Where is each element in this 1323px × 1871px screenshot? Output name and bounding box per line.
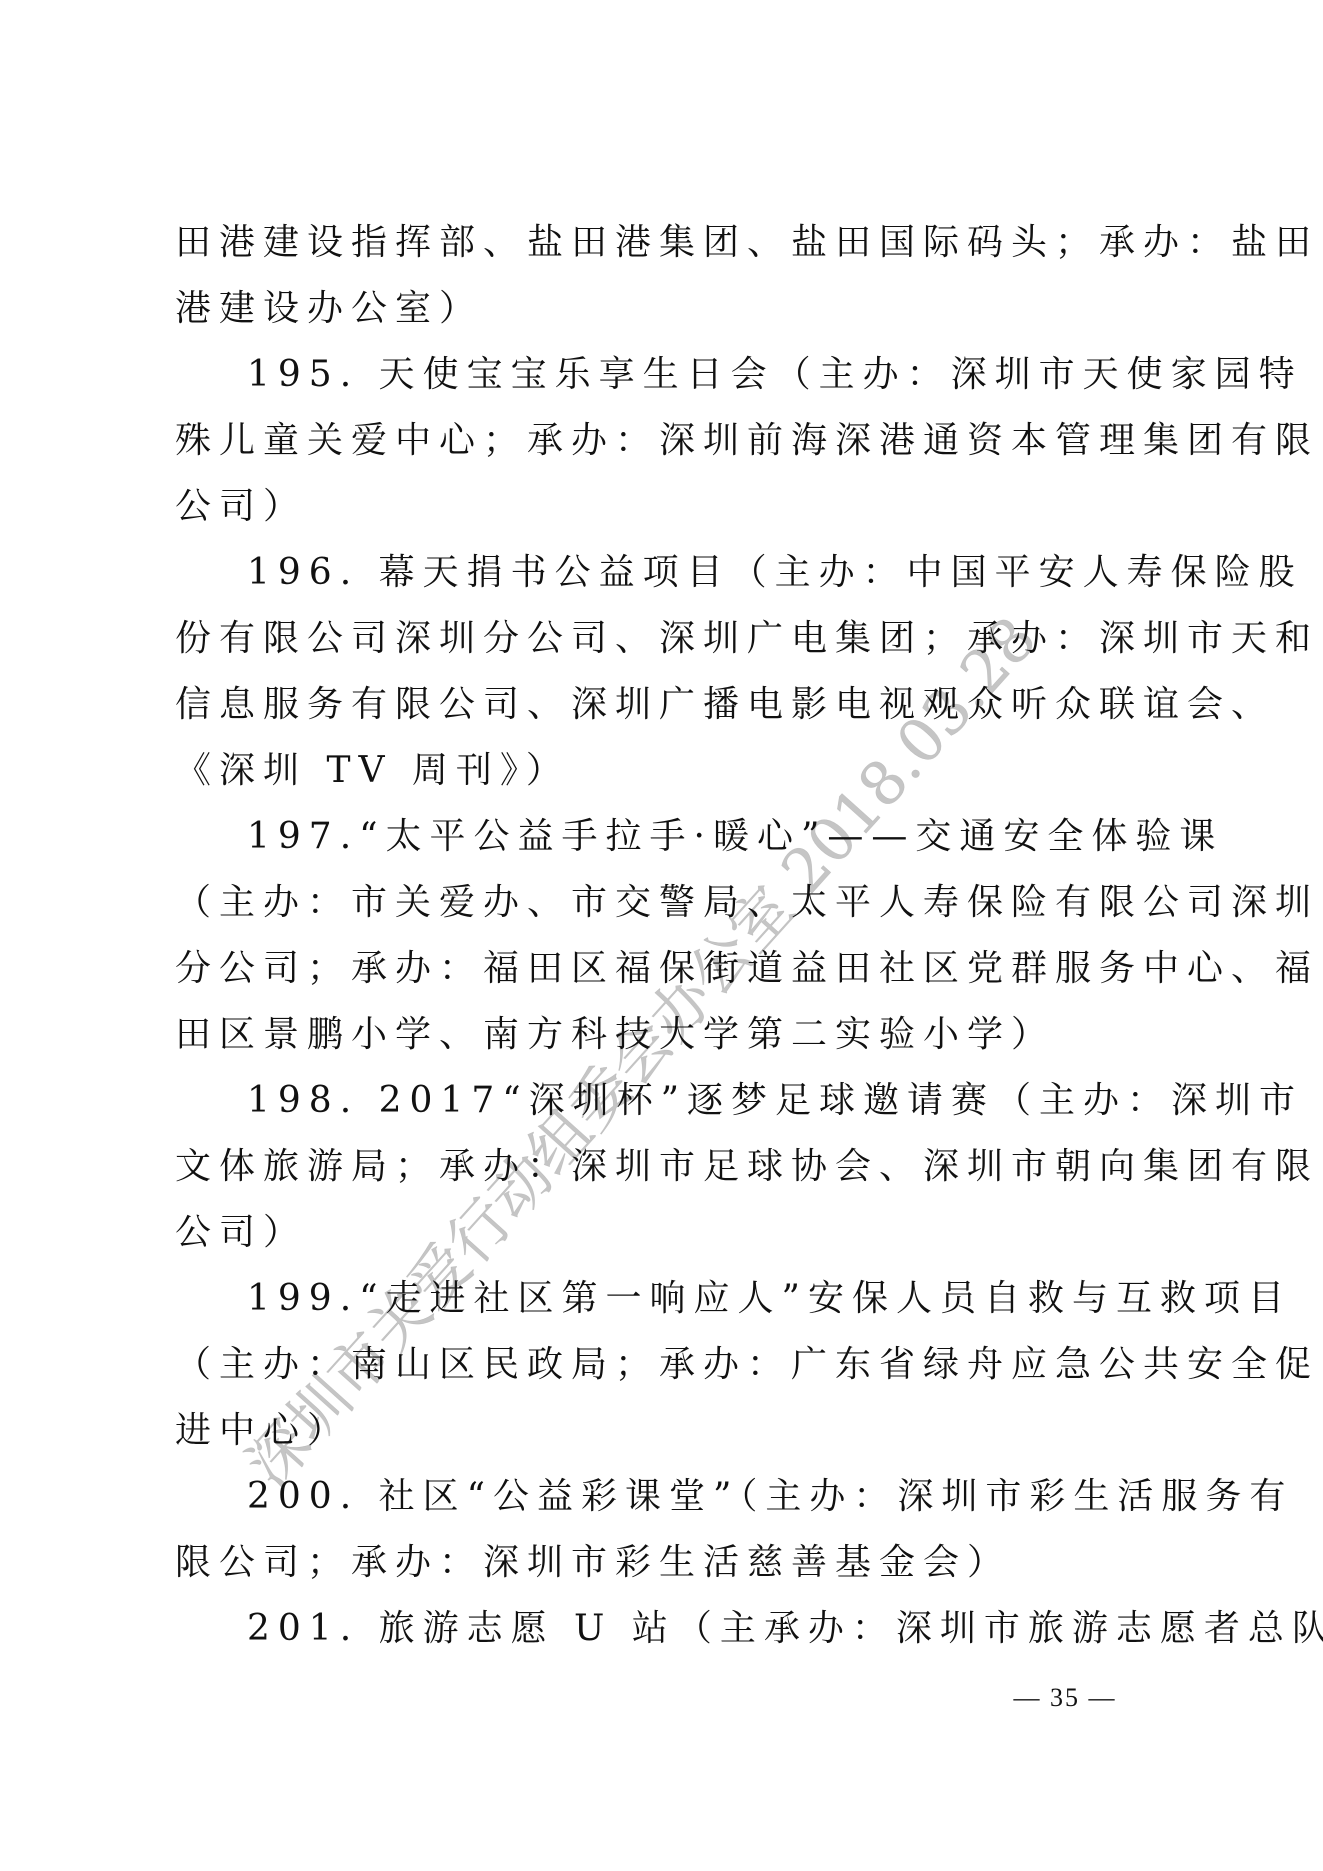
text-line: （主办：南山区民政局；承办：广东省绿舟应急公共安全促 bbox=[175, 1332, 1160, 1398]
text-line: 田区景鹏小学、南方科技大学第二实验小学） bbox=[175, 1002, 1160, 1068]
text-line: 200. 社区“公益彩课堂”（主办：深圳市彩生活服务有 bbox=[175, 1464, 1160, 1530]
page-number: — 35 — bbox=[990, 1683, 1140, 1713]
text-line: 196. 幕天捐书公益项目（主办：中国平安人寿保险股 bbox=[175, 540, 1160, 606]
text-line: 199.“走进社区第一响应人”安保人员自救与互救项目 bbox=[175, 1266, 1160, 1332]
list-item-197: 197.“太平公益手拉手·暖心”——交通安全体验课 （主办：市关爱办、市交警局、… bbox=[175, 804, 1160, 1068]
text-line: 港建设办公室） bbox=[175, 276, 1160, 342]
text-line: 公司） bbox=[175, 1200, 1160, 1266]
text-line: 文体旅游局；承办：深圳市足球协会、深圳市朝向集团有限 bbox=[175, 1134, 1160, 1200]
text-line: 201. 旅游志愿 U 站（主承办：深圳市旅游志愿者总队） bbox=[175, 1596, 1160, 1662]
text-line: 198. 2017“深圳杯”逐梦足球邀请赛（主办：深圳市 bbox=[175, 1068, 1160, 1134]
text-line: （主办：市关爱办、市交警局、太平人寿保险有限公司深圳 bbox=[175, 870, 1160, 936]
text-line: 《深圳 TV 周刊》） bbox=[175, 738, 1160, 804]
list-item-201: 201. 旅游志愿 U 站（主承办：深圳市旅游志愿者总队） bbox=[175, 1596, 1160, 1662]
document-body: 田港建设指挥部、盐田港集团、盐田国际码头；承办：盐田 港建设办公室） 195. … bbox=[175, 210, 1160, 1662]
text-line: 进中心） bbox=[175, 1398, 1160, 1464]
list-item-199: 199.“走进社区第一响应人”安保人员自救与互救项目 （主办：南山区民政局；承办… bbox=[175, 1266, 1160, 1464]
list-item-continuation: 田港建设指挥部、盐田港集团、盐田国际码头；承办：盐田 港建设办公室） bbox=[175, 210, 1160, 342]
text-line: 信息服务有限公司、深圳广播电影电视观众听众联谊会、 bbox=[175, 672, 1160, 738]
document-page: 深圳市关爱行动组委会办公室 2018.03.28 田港建设指挥部、盐田港集团、盐… bbox=[0, 0, 1323, 1871]
text-line: 分公司；承办：福田区福保街道益田社区党群服务中心、福 bbox=[175, 936, 1160, 1002]
text-line: 田港建设指挥部、盐田港集团、盐田国际码头；承办：盐田 bbox=[175, 210, 1160, 276]
text-line: 殊儿童关爱中心；承办：深圳前海深港通资本管理集团有限 bbox=[175, 408, 1160, 474]
text-line: 份有限公司深圳分公司、深圳广电集团；承办：深圳市天和 bbox=[175, 606, 1160, 672]
list-item-195: 195. 天使宝宝乐享生日会（主办：深圳市天使家园特 殊儿童关爱中心；承办：深圳… bbox=[175, 342, 1160, 540]
list-item-196: 196. 幕天捐书公益项目（主办：中国平安人寿保险股 份有限公司深圳分公司、深圳… bbox=[175, 540, 1160, 804]
text-line: 195. 天使宝宝乐享生日会（主办：深圳市天使家园特 bbox=[175, 342, 1160, 408]
text-line: 公司） bbox=[175, 474, 1160, 540]
text-line: 限公司；承办：深圳市彩生活慈善基金会） bbox=[175, 1530, 1160, 1596]
list-item-198: 198. 2017“深圳杯”逐梦足球邀请赛（主办：深圳市 文体旅游局；承办：深圳… bbox=[175, 1068, 1160, 1266]
text-line: 197.“太平公益手拉手·暖心”——交通安全体验课 bbox=[175, 804, 1160, 870]
list-item-200: 200. 社区“公益彩课堂”（主办：深圳市彩生活服务有 限公司；承办：深圳市彩生… bbox=[175, 1464, 1160, 1596]
